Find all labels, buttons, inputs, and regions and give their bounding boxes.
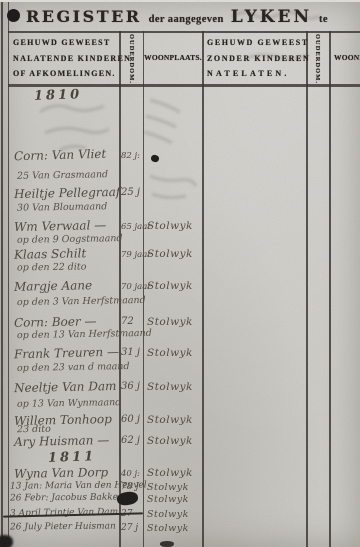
entry-age: 78 J	[121, 482, 139, 492]
register-entry-row: Klaas Schilt79 jaarStolwyk	[0, 247, 360, 263]
register-entry-row: 30 Van Bloumaand	[0, 202, 360, 218]
entry-residence: Stolwyk	[147, 509, 189, 520]
entries-area: 1810Corn: Van Vliet82 j:25 Van Grasmaand…	[0, 0, 360, 547]
entry-residence: Stolwyk	[147, 316, 193, 328]
entry-residence: Stolwyk	[147, 347, 193, 359]
entry-residence: Stolwyk	[147, 494, 189, 505]
entry-residence: Stolwyk	[147, 435, 193, 447]
register-entry-row: op den 22 dito	[0, 262, 360, 278]
register-entry-row: Heiltje Pellegraaf25 j	[0, 186, 360, 202]
ink-blot	[0, 535, 13, 547]
entry-text: 26 Febr: Jacobus Bakkers	[10, 492, 127, 503]
entry-residence: Stolwyk	[147, 523, 189, 534]
entry-text: Corn: Boer —	[14, 314, 97, 330]
register-entry-row: Neeltje Van Dam36 jStolwyk	[0, 380, 360, 396]
register-entry-row: Margje Aane70 jaarStolwyk	[0, 279, 360, 295]
document-page: REGISTER der aangegeven LYKEN te GEHUWD …	[0, 0, 360, 547]
entry-text: op den 22 dito	[17, 262, 87, 274]
register-entry-row: op den 23 van d maand	[0, 362, 360, 378]
entry-text: 26 July Pieter Huisman	[10, 522, 116, 533]
entry-residence: Stolwyk	[147, 280, 193, 292]
entry-text: Frank Treuren —	[14, 345, 119, 362]
entry-residence: Stolwyk	[147, 467, 193, 479]
entry-age: 40 j:	[121, 469, 140, 479]
entry-age: 72	[121, 316, 134, 327]
entry-year-heading: 1810	[0, 88, 360, 104]
register-entry-row: Wm Verwaal —65 jaarStolwyk	[0, 219, 360, 235]
entry-age: 27 j	[121, 523, 138, 533]
entry-text: op den 3 Van Herfstmaand	[17, 295, 146, 308]
register-entry-row: Corn: Van Vliet82 j:	[0, 148, 360, 164]
entry-age: 25 j	[121, 187, 140, 198]
entry-residence: Stolwyk	[147, 482, 189, 493]
register-entry-row: Ary Huisman —62 jStolwyk	[0, 434, 360, 450]
register-entry-row: 26 July Pieter Huisman27 jStolwyk	[0, 522, 360, 538]
entry-text: Klaas Schilt	[14, 246, 87, 262]
entry-residence: Stolwyk	[147, 381, 193, 393]
register-entry-row: Wyna Van Dorp40 j:Stolwyk	[0, 466, 360, 482]
entry-text: Wm Verwaal —	[14, 218, 106, 234]
entry-residence: Stolwyk	[147, 220, 193, 232]
register-entry-row: Frank Treuren —31 jStolwyk	[0, 346, 360, 362]
entry-age: 62 j	[121, 435, 140, 446]
entry-text: Heiltje Pellegraaf	[14, 185, 121, 201]
entry-text: 1811	[48, 449, 97, 466]
entry-text: Corn: Van Vliet	[14, 147, 107, 163]
entry-text: op 13 Van Wynmaand	[17, 397, 121, 410]
entry-text: 1810	[34, 87, 83, 104]
entry-text: 25 Van Grasmaand	[17, 169, 108, 182]
entry-age: 31 j	[121, 347, 140, 358]
entry-text: op den 9 Oogstmaand	[17, 233, 123, 246]
entry-year-heading: 1811	[0, 450, 360, 466]
entry-age: 36 j	[121, 381, 140, 392]
entry-text: Ary Huisman —	[14, 433, 110, 449]
entry-residence: Stolwyk	[147, 248, 193, 260]
register-entry-row: op 13 Van Wynmaand	[0, 398, 360, 414]
entry-text: op den 23 van d maand	[17, 361, 130, 374]
scan-top-edge	[0, 0, 360, 2]
entry-age: 82 j:	[121, 151, 140, 161]
ink-blot	[160, 541, 174, 547]
register-entry-row: op den 13 Van Herfstmaand	[0, 329, 360, 345]
entry-text: Neeltje Van Dam	[14, 379, 117, 395]
entry-text: op den 13 Van Herfstmaand	[17, 328, 152, 341]
entry-text: Margje Aane	[14, 278, 92, 294]
entry-text: 30 Van Bloumaand	[17, 201, 107, 214]
register-entry-row: op den 3 Van Herfstmaand	[0, 296, 360, 312]
entry-text: Wyna Van Dorp	[14, 465, 108, 481]
register-entry-row: 26 Febr: Jacobus BakkersStolwyk	[0, 493, 360, 509]
register-entry-row: 25 Van Grasmaand	[0, 170, 360, 186]
